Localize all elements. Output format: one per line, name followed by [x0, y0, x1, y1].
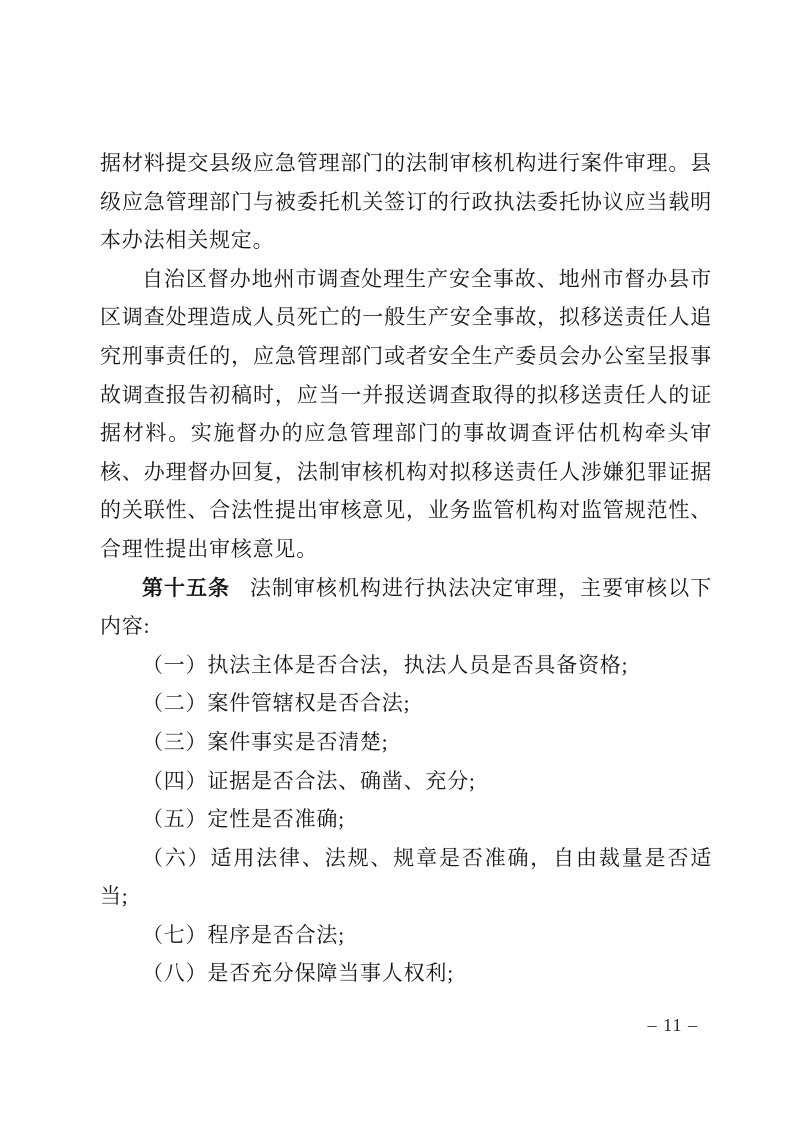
document-page: 据材料提交县级应急管理部门的法制审核机构进行案件审理。县级应急管理部门与被委托机… — [0, 0, 793, 1122]
review-item-7: （七）程序是否合法; — [100, 916, 712, 955]
review-item-5: （五）定性是否准确; — [100, 800, 712, 839]
review-item-2: （二）案件管辖权是否合法; — [100, 684, 712, 723]
review-item-4: （四）证据是否合法、确凿、充分; — [100, 762, 712, 801]
page-number: – 11 – — [648, 1012, 698, 1038]
document-body: 据材料提交县级应急管理部门的法制审核机构进行案件审理。县级应急管理部门与被委托机… — [100, 144, 712, 993]
article-number-label: 第十五条 — [142, 576, 230, 600]
review-item-6: （六）适用法律、法规、规章是否准确，自由裁量是否适当; — [100, 839, 712, 916]
review-item-3: （三）案件事实是否清楚; — [100, 723, 712, 762]
review-item-1: （一）执法主体是否合法，执法人员是否具备资格; — [100, 646, 712, 685]
paragraph-article-15: 第十五条法制审核机构进行执法决定审理，主要审核以下内容: — [100, 569, 712, 646]
paragraph-continuation: 据材料提交县级应急管理部门的法制审核机构进行案件审理。县级应急管理部门与被委托机… — [100, 144, 712, 260]
paragraph-supervision: 自治区督办地州市调查处理生产安全事故、地州市督办县市区调查处理造成人员死亡的一般… — [100, 260, 712, 569]
review-item-8: （八）是否充分保障当事人权利; — [100, 954, 712, 993]
